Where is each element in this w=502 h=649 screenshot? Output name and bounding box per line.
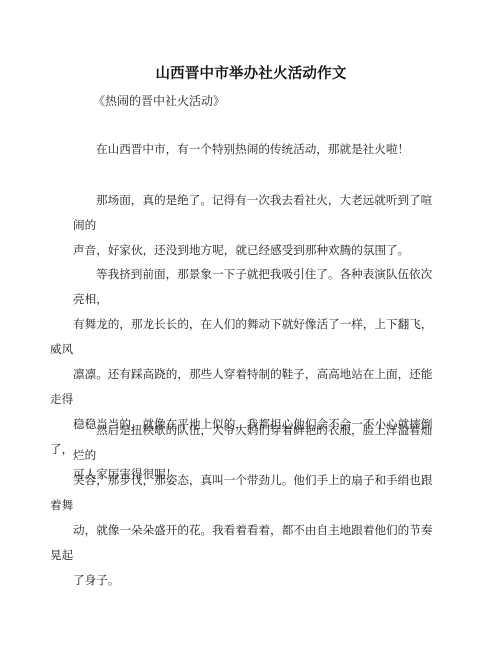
paragraph-line: 凛凛。还有踩高跷的，那些人穿着特制的鞋子，高高地站在上面，还能走得 <box>50 362 433 412</box>
paragraph-text: 然后是扭秧歌的队伍，大爷大妈们穿着鲜艳的衣服，脸上洋溢着灿烂的笑容，那步伐，那姿… <box>73 418 433 593</box>
paragraph-1: 在山西晋中市，有一个特别热闹的传统活动，那就是社火啦！ <box>73 137 433 162</box>
document-title: 山西晋中市举办社火活动作文 <box>0 64 502 84</box>
paragraph-line: 有舞龙的，那龙长长的，在人们的舞动下就好像活了一样，上下翻飞，威风 <box>50 312 433 362</box>
paragraph-line: 声音，好家伙，还没到地方呢，就已经感受到那种欢腾的氛围了。 <box>50 238 409 263</box>
paragraph-line: 那场面，真的是绝了。记得有一次我去看社火，大老远就听到了喧闹的 <box>73 193 432 232</box>
paragraph-line: 在山西晋中市，有一个特别热闹的传统活动，那就是社火啦！ <box>96 142 409 156</box>
document-subtitle: 《热闹的晋中社火活动》 <box>93 93 225 109</box>
paragraph-4: 然后是扭秧歌的队伍，大爷大妈们穿着鲜艳的衣服，脸上洋溢着灿烂的笑容，那步伐，那姿… <box>73 418 433 593</box>
paragraph-line: 等我挤到前面，那景象一下子就把我吸引住了。各种表演队伍依次亮相， <box>73 267 432 306</box>
paragraph-line: 然后是扭秧歌的队伍，大爷大妈们穿着鲜艳的衣服，脸上洋溢着灿烂的 <box>73 423 432 462</box>
paragraph-line: 动，就像一朵朵盛开的花。我看着看着，都不由自主地跟着他们的节奏晃起 <box>50 518 433 568</box>
paragraph-2: 那场面，真的是绝了。记得有一次我去看社火，大老远就听到了喧闹的声音，好家伙，还没… <box>73 188 433 263</box>
paragraph-line: 了身子。 <box>50 568 119 593</box>
paragraph-text: 那场面，真的是绝了。记得有一次我去看社火，大老远就听到了喧闹的声音，好家伙，还没… <box>73 188 433 263</box>
document-page: 山西晋中市举办社火活动作文 《热闹的晋中社火活动》 在山西晋中市，有一个特别热闹… <box>0 0 502 649</box>
paragraph-line: 笑容，那步伐，那姿态，真叫一个带劲儿。他们手上的扇子和手绢也跟着舞 <box>50 468 433 518</box>
paragraph-text: 在山西晋中市，有一个特别热闹的传统活动，那就是社火啦！ <box>73 137 433 162</box>
